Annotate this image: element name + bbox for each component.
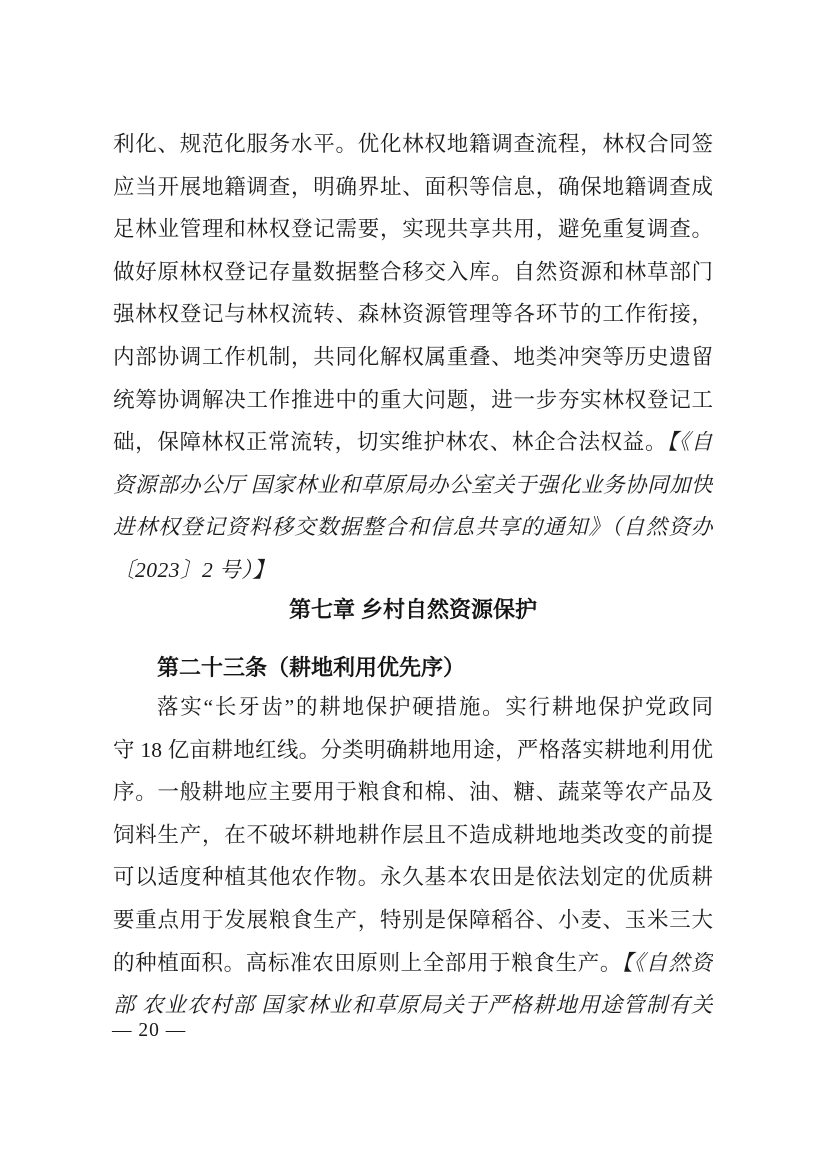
body-text: 础，保障林权正常流转，切实维护林农、林企合法权益。 — [113, 430, 667, 454]
text-line: 做好原林权登记存量数据整合移交入库。自然资源和林草部门要加 — [113, 251, 713, 294]
chapter-heading: 第七章 乡村自然资源保护 — [113, 594, 713, 626]
citation-text: 资源部办公厅 国家林业和草原局办公室关于强化业务协同加快推 — [113, 473, 713, 507]
text-line: 应当开展地籍调查，明确界址、面积等信息，确保地籍调查成果满 — [113, 166, 713, 209]
citation-text: 进林权登记资料移交数据整合和信息共享的通知》（自然资办发 — [113, 515, 713, 549]
section-heading: 第二十三条（耕地利用优先序） — [157, 652, 465, 684]
text-line: 守 18 亿亩耕地红线。分类明确耕地用途，严格落实耕地利用优先 — [113, 729, 713, 772]
text-line: 〔2023〕2 号）】 — [113, 549, 713, 592]
body-text: 内部协调工作机制，共同化解权属重叠、地类冲突等历史遗留问题， — [113, 345, 713, 379]
paragraph-farmland-use-priority: 落实“长牙齿”的耕地保护硬措施。实行耕地保护党政同责，严守 18 亿亩耕地红线。… — [113, 686, 713, 1027]
text-line: 可以适度种植其他农作物。永久基本农田是依法划定的优质耕地， — [113, 856, 713, 899]
text-line: 统筹协调解决工作推进中的重大问题，进一步夯实林权登记工作基 — [113, 379, 713, 422]
body-text: 序。一般耕地应主要用于粮食和棉、油、糖、蔬菜等农产品及饲草 — [113, 780, 713, 814]
body-text: 做好原林权登记存量数据整合移交入库。自然资源和林草部门要加 — [113, 260, 713, 294]
text-line: 进林权登记资料移交数据整合和信息共享的通知》（自然资办发 — [113, 506, 713, 549]
text-line: 序。一般耕地应主要用于粮食和棉、油、糖、蔬菜等农产品及饲草 — [113, 771, 713, 814]
body-text: 足林业管理和林权登记需要，实现共享共用，避免重复调查。共同 — [113, 217, 713, 251]
citation-text: 〔2023〕2 号）】 — [113, 558, 274, 582]
paragraph-forest-rights-registration: 利化、规范化服务水平。优化林权地籍调查流程，林权合同签订前，应当开展地籍调查，明… — [113, 123, 713, 592]
page-number: — 20 — — [112, 1018, 186, 1044]
text-line: 部 农业农村部 国家林业和草原局关于严格耕地用途管制有关问 — [113, 984, 713, 1027]
body-text: 利化、规范化服务水平。优化林权地籍调查流程，林权合同签订前， — [113, 132, 713, 166]
text-line: 足林业管理和林权登记需要，实现共享共用，避免重复调查。共同 — [113, 208, 713, 251]
body-text: 饲料生产，在不破坏耕地耕作层且不造成耕地地类改变的前提下， — [113, 823, 713, 857]
body-text: 强林权登记与林权流转、森林资源管理等各环节的工作衔接，建立 — [113, 302, 713, 336]
body-text: 落实“长牙齿”的耕地保护硬措施。实行耕地保护党政同责，严 — [157, 695, 713, 729]
text-line: 内部协调工作机制，共同化解权属重叠、地类冲突等历史遗留问题， — [113, 336, 713, 379]
text-line: 饲料生产，在不破坏耕地耕作层且不造成耕地地类改变的前提下， — [113, 814, 713, 857]
document-page: 利化、规范化服务水平。优化林权地籍调查流程，林权合同签订前，应当开展地籍调查，明… — [0, 0, 826, 1169]
body-text: 的种植面积。高标准农田原则上全部用于粮食生产。 — [113, 951, 622, 975]
text-line: 落实“长牙齿”的耕地保护硬措施。实行耕地保护党政同责，严 — [113, 686, 713, 729]
text-line: 利化、规范化服务水平。优化林权地籍调查流程，林权合同签订前， — [113, 123, 713, 166]
body-text: 应当开展地籍调查，明确界址、面积等信息，确保地籍调查成果满 — [113, 175, 713, 209]
body-text: 要重点用于发展粮食生产，特别是保障稻谷、小麦、玉米三大谷物 — [113, 908, 713, 942]
body-text: 可以适度种植其他农作物。永久基本农田是依法划定的优质耕地， — [113, 865, 713, 899]
text-line: 的种植面积。高标准农田原则上全部用于粮食生产。【《自然资源 — [113, 942, 713, 985]
text-line: 强林权登记与林权流转、森林资源管理等各环节的工作衔接，建立 — [113, 293, 713, 336]
citation-text: 部 农业农村部 国家林业和草原局关于严格耕地用途管制有关问 — [113, 993, 713, 1027]
text-line: 资源部办公厅 国家林业和草原局办公室关于强化业务协同加快推 — [113, 464, 713, 507]
text-line: 要重点用于发展粮食生产，特别是保障稻谷、小麦、玉米三大谷物 — [113, 899, 713, 942]
body-text: 统筹协调解决工作推进中的重大问题，进一步夯实林权登记工作基 — [113, 388, 713, 422]
text-line: 础，保障林权正常流转，切实维护林农、林企合法权益。【《自然 — [113, 421, 713, 464]
body-text: 守 18 亿亩耕地红线。分类明确耕地用途，严格落实耕地利用优先 — [113, 738, 713, 772]
